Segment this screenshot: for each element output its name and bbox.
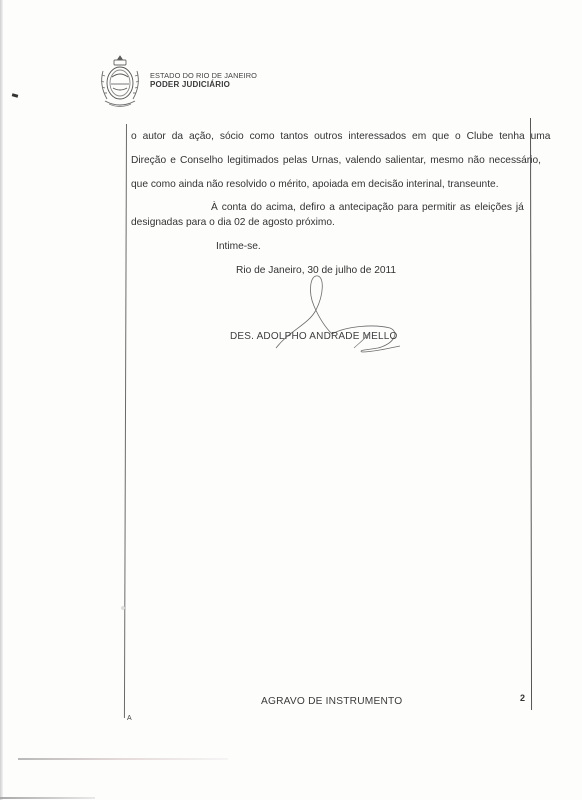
footer-document-type: AGRAVO DE INSTRUMENTO (261, 696, 402, 707)
scan-artifact (121, 606, 125, 610)
scan-artifact-line (18, 758, 228, 760)
body-paragraph-line: designadas para o dia 02 de agosto próxi… (131, 217, 335, 228)
page-number: 2 (520, 693, 525, 703)
scan-artifact-line (0, 797, 95, 799)
scan-page-edge (0, 0, 3, 800)
handwritten-signature-icon (250, 270, 430, 360)
body-paragraph-line: que como ainda não resolvido o mérito, a… (131, 179, 499, 190)
body-paragraph-line: À conta do acima, defiro a antecipação p… (211, 202, 524, 213)
coat-of-arms-icon (97, 53, 143, 111)
scan-speck (12, 93, 19, 97)
body-paragraph-line: o autor da ação, sócio como tantos outro… (131, 131, 550, 142)
right-margin-line (530, 118, 532, 710)
intimation-line: Intime-se. (216, 241, 261, 252)
body-paragraph-line: Direção e Conselho legitimados pelas Urn… (131, 155, 541, 166)
left-margin-line (124, 124, 127, 718)
header-state-name: ESTADO DO RIO DE JANEIRO (150, 71, 257, 80)
corner-mark: A (127, 715, 132, 722)
signatory-name: DES. ADOLPHO ANDRADE MELLO (230, 331, 397, 342)
header-judiciary-name: PODER JUDICIÁRIO (150, 80, 230, 89)
